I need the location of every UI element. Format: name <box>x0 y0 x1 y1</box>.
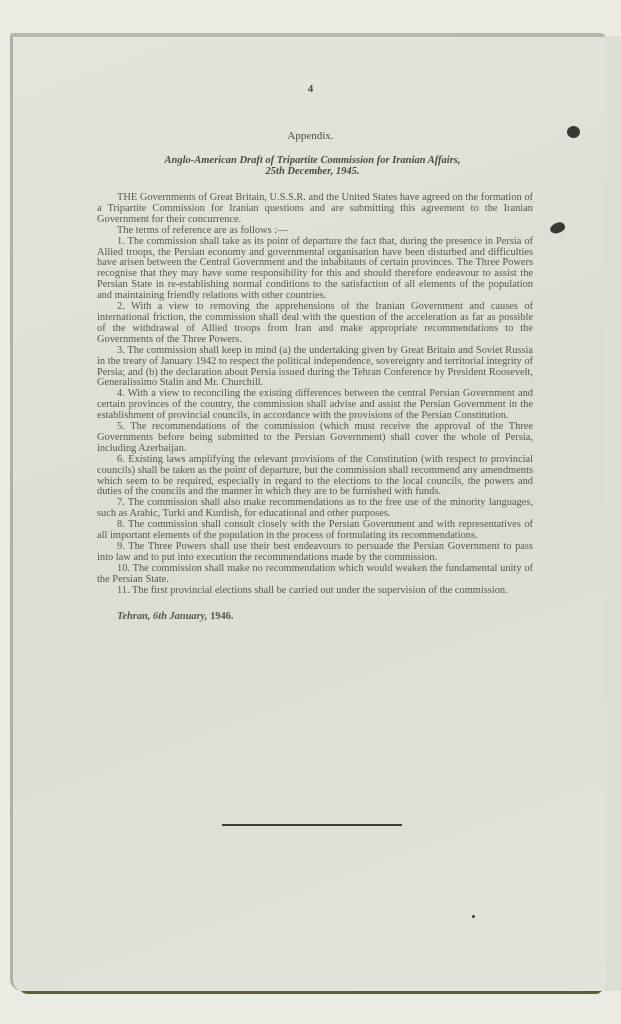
document-subtitle: Anglo-American Draft of Tripartite Commi… <box>110 155 515 177</box>
clause-3: 3. The commission shall keep in mind (a)… <box>97 346 533 390</box>
clause-8: 8. The commission shall consult closely … <box>97 520 533 542</box>
appendix-heading: Appendix. <box>0 130 621 142</box>
clause-5: 5. The recommendations of the commission… <box>97 422 533 455</box>
signature-line: Tehran, 6th January, 1946. <box>97 612 533 623</box>
clause-6: 6. Existing laws amplifying the relevant… <box>97 455 533 499</box>
intro-paragraph: THE Governments of Great Britain, U.S.S.… <box>97 193 533 226</box>
closing-rule <box>222 824 402 826</box>
signature-year: 1946. <box>210 611 233 622</box>
terms-intro: The terms of reference are as follows :— <box>97 226 533 237</box>
subtitle-line-2: 25th December, 1945. <box>110 166 515 177</box>
clause-10: 10. The commission shall make no recomme… <box>97 564 533 586</box>
clause-4: 4. With a view to reconciling the existi… <box>97 389 533 422</box>
subtitle-line-1: Anglo-American Draft of Tripartite Commi… <box>110 155 515 166</box>
clause-7: 7. The commission shall also make recomm… <box>97 498 533 520</box>
paper-speck <box>472 915 475 918</box>
document-body: THE Governments of Great Britain, U.S.S.… <box>97 193 533 622</box>
page-number: 4 <box>0 83 621 95</box>
punch-hole <box>549 220 567 235</box>
clause-2: 2. With a view to removing the apprehens… <box>97 302 533 346</box>
clause-1: 1. The commission shall take as its poin… <box>97 237 533 302</box>
signature-place-date: Tehran, 6th January, <box>117 611 207 622</box>
clause-9: 9. The Three Powers shall use their best… <box>97 542 533 564</box>
clause-11: 11. The first provincial elections shall… <box>97 586 533 597</box>
